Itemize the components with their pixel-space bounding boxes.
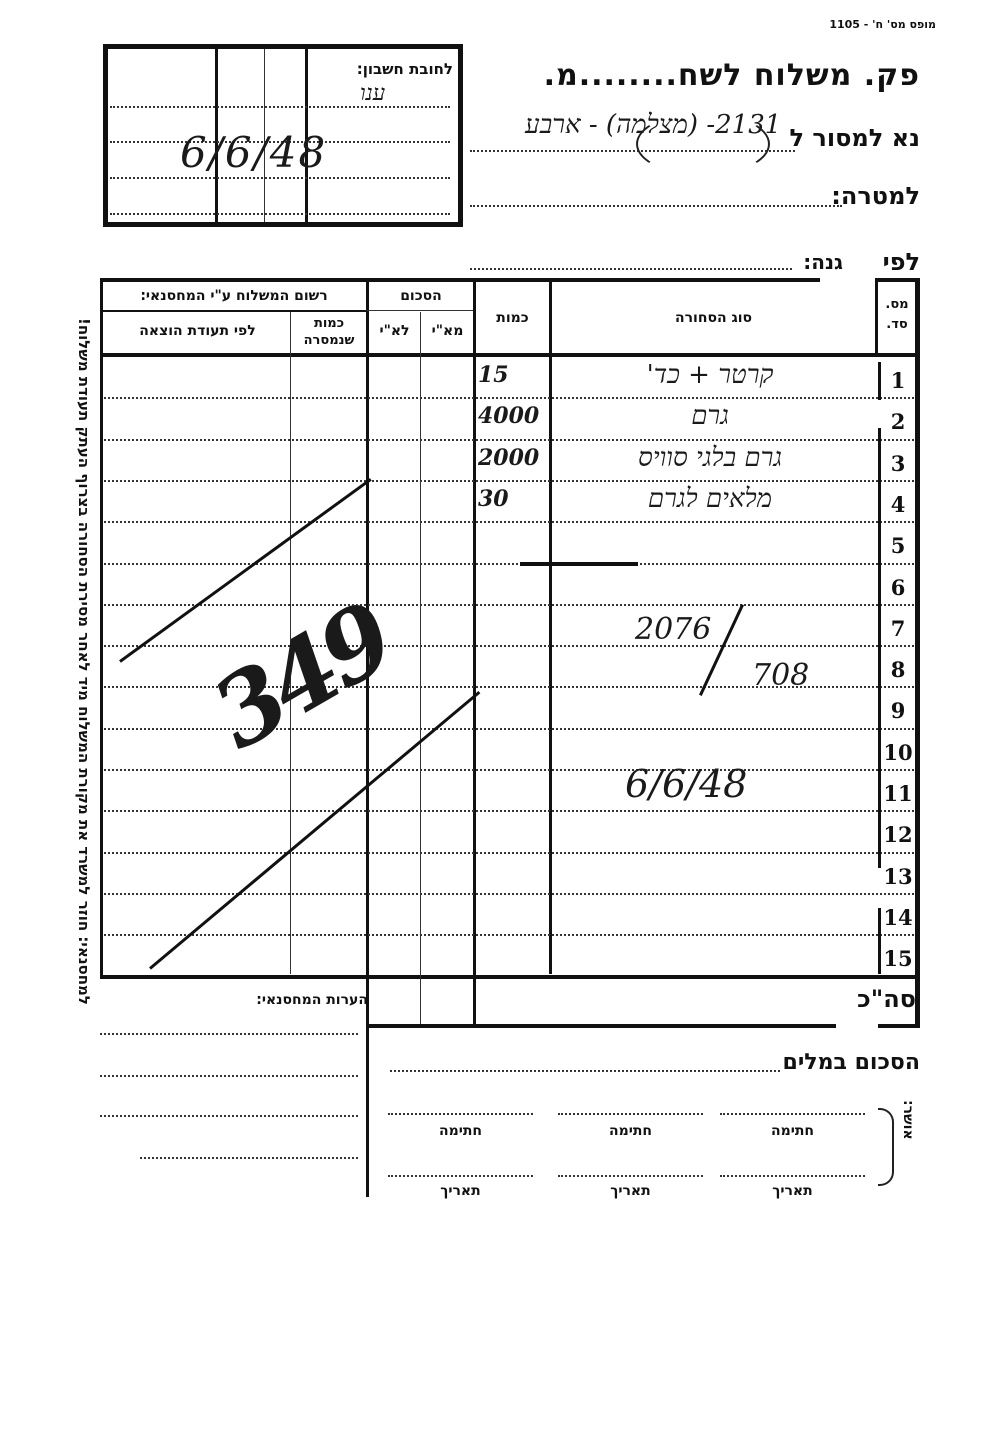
row-number: 5	[880, 533, 916, 558]
row-number: 2	[880, 409, 916, 434]
header-goods-type: סוג הסחורה	[552, 310, 875, 326]
date-line[interactable]	[558, 1175, 703, 1177]
header-total-mil: מא"י	[422, 323, 473, 339]
total-bottom-border	[878, 1024, 920, 1028]
signature-label: חתימה	[388, 1123, 533, 1139]
total-bottom-border	[366, 1024, 836, 1028]
row-line	[104, 810, 914, 812]
row-number: 12	[880, 822, 916, 847]
stamp-number: 349	[194, 582, 408, 771]
row-goods: גרם	[560, 401, 860, 431]
header-registry: רשום המשלוח ע"י המחסנאי:	[105, 288, 363, 304]
registry-header-split	[103, 310, 366, 312]
row-line	[104, 604, 914, 606]
account-value: ענו	[360, 80, 385, 106]
row-number: 6	[880, 575, 916, 600]
date-label: תאריך	[558, 1183, 703, 1199]
total-subcol-border	[420, 312, 421, 1027]
annotation-ratio-bottom: 708	[752, 658, 809, 693]
serial-bar	[878, 362, 881, 400]
row-goods: גרם בלגי סוויס	[560, 443, 860, 473]
sum-in-words-line[interactable]	[390, 1070, 780, 1072]
total-header-split	[366, 310, 473, 311]
signature-line[interactable]	[558, 1113, 703, 1115]
serial-bar	[878, 908, 881, 974]
annotation-ratio-top: 2076	[635, 612, 711, 647]
row-goods: קרטר + כד'	[560, 360, 860, 390]
purpose-line[interactable]	[470, 205, 842, 207]
row-number: 1	[880, 368, 916, 393]
row-line	[104, 563, 914, 565]
form-title: פק. משלוח לשח........מ.	[544, 58, 920, 93]
row-quantity: 2000	[478, 445, 548, 471]
row-number: 7	[880, 616, 916, 641]
row-number: 15	[880, 946, 916, 971]
notes-line[interactable]	[140, 1157, 358, 1159]
form-title-text: פק. משלוח לשח	[678, 58, 920, 93]
table-top-border	[100, 278, 820, 282]
signature-label: חתימה	[558, 1123, 703, 1139]
date-line[interactable]	[720, 1175, 865, 1177]
row-number: 10	[880, 740, 916, 765]
header-quantity: כמות	[476, 310, 549, 326]
quantity-col-border	[473, 282, 476, 1027]
serial-bar	[878, 428, 881, 868]
table-left-border	[100, 278, 103, 978]
row-line	[104, 934, 914, 936]
row-goods: מלאים לגרם	[560, 484, 860, 514]
according-label: לפי	[883, 248, 920, 276]
row-line	[104, 769, 914, 771]
row-line	[104, 852, 914, 854]
row-number: 9	[880, 698, 916, 723]
notes-line[interactable]	[100, 1075, 358, 1077]
header-total-lira: לא"י	[369, 323, 420, 339]
row-number: 8	[880, 657, 916, 682]
notes-line[interactable]	[100, 1033, 358, 1035]
form-title-suffix: מ.	[544, 58, 579, 93]
row-number: 11	[880, 781, 916, 806]
approved-label: אושר:	[900, 1100, 916, 1140]
deliver-to-label: נא למסור ל	[790, 124, 920, 152]
signature-line[interactable]	[720, 1113, 865, 1115]
row-quantity: 4000	[478, 403, 548, 429]
sum-in-words-label: הסכום במלים	[783, 1050, 921, 1075]
date-label: תאריך	[388, 1183, 533, 1199]
date-label: תאריך	[720, 1183, 865, 1199]
row-line	[104, 480, 914, 482]
according-line[interactable]	[470, 268, 792, 270]
printer-note: מופס מס' ח' - 1105	[829, 18, 936, 31]
account-label: לחובת חשבון:	[357, 60, 453, 78]
account-box-line	[110, 213, 450, 215]
account-box-line	[110, 177, 450, 179]
signature-label: חתימה	[720, 1123, 865, 1139]
row-line	[104, 645, 914, 647]
row-number: 13	[880, 864, 916, 889]
according-sub-label: גנה:	[803, 250, 843, 274]
form-title-dots: ........	[579, 58, 678, 93]
header-bottom-border	[100, 353, 920, 357]
total-label: סה"כ	[857, 985, 916, 1013]
row-line	[104, 893, 914, 895]
table-top-border	[875, 278, 920, 282]
row-number: 14	[880, 905, 916, 930]
annotation-underline	[520, 562, 638, 566]
row-quantity: 30	[478, 486, 548, 512]
row-quantity: 15	[478, 362, 548, 388]
header-per-export: לפי תעודת הוצאה	[105, 323, 290, 339]
row-number: 3	[880, 451, 916, 476]
account-date: 6/6/48	[180, 128, 327, 177]
date-line[interactable]	[388, 1175, 533, 1177]
row-number: 4	[880, 492, 916, 517]
table-bottom-border	[100, 975, 920, 979]
storekeeper-notes-label: הערות המחסנאי:	[256, 992, 368, 1008]
purpose-label: למטרה:	[831, 182, 920, 210]
row-line	[104, 439, 914, 441]
signature-line[interactable]	[388, 1113, 533, 1115]
approval-brace	[878, 1108, 894, 1186]
goods-col-border	[549, 282, 552, 974]
account-box-line	[110, 106, 450, 108]
total-col-border	[366, 282, 369, 1197]
header-delivered-qty: כמות שנמסרה	[292, 315, 366, 349]
row-line	[104, 521, 914, 523]
handwritten-parentheses	[636, 112, 770, 176]
annotation-date: 6/6/48	[625, 762, 747, 806]
side-instruction: למחסנאי: חוזר למשרד את מקורת המשלוח מיד …	[72, 185, 96, 1005]
header-total: הסכום	[369, 288, 473, 304]
notes-line[interactable]	[100, 1115, 358, 1117]
header-serial: מס. סד.	[877, 295, 917, 335]
row-line	[104, 397, 914, 399]
